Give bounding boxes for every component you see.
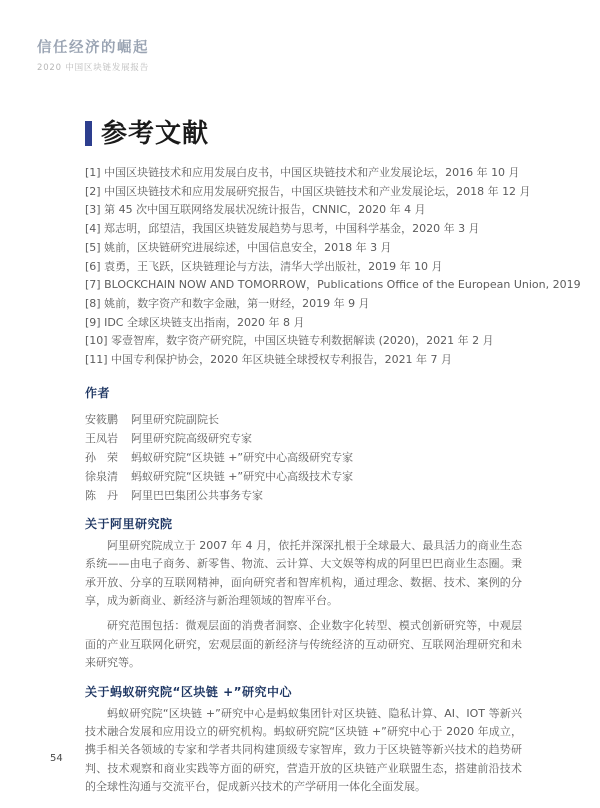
author-title: 蚂蚁研究院“区块链 +”研究中心高级研究专家: [131, 448, 522, 467]
author-list: 安筱鹏 阿里研究院副院长 王凤岩 阿里研究院高级研究专家 孙 荣 蚂蚁研究院“区…: [85, 410, 522, 505]
about-ali-paragraph: 研究范围包括：微观层面的消费者洞察、企业数字化转型、模式创新研究等，中观层面的产…: [85, 617, 522, 672]
report-brand: 信任经济的崛起 2020 中国区块链发展报告: [37, 36, 149, 73]
author-title: 阿里巴巴集团公共事务专家: [131, 486, 522, 505]
section-title-row: 参考文献: [85, 120, 522, 147]
reference-item: [3] 第 45 次中国互联网络发展状况统计报告，CNNIC，2020 年 4 …: [85, 201, 522, 220]
reference-list: [1] 中国区块链技术和应用发展白皮书，中国区块链技术和产业发展论坛，2016 …: [85, 164, 522, 370]
reference-item: [9] IDC 全球区块链支出指南，2020 年 8 月: [85, 314, 522, 333]
author-name: 陈 丹: [85, 486, 131, 505]
brand-title: 信任经济的崛起: [37, 36, 149, 57]
author-row: 安筱鹏 阿里研究院副院长: [85, 410, 522, 429]
reference-item: [2] 中国区块链技术和应用发展研究报告，中国区块链技术和产业发展论坛，2018…: [85, 183, 522, 202]
author-name: 孙 荣: [85, 448, 131, 467]
author-row: 陈 丹 阿里巴巴集团公共事务专家: [85, 486, 522, 505]
about-ali-paragraph: 阿里研究院成立于 2007 年 4 月，依托并深深扎根于全球最大、最具活力的商业…: [85, 537, 522, 611]
author-name: 徐泉清: [85, 467, 131, 486]
reference-item: [4] 郑志明，邱望洁，我国区块链发展趋势与思考，中国科学基金，2020 年 3…: [85, 220, 522, 239]
section-title: 参考文献: [101, 121, 209, 147]
reference-item: [1] 中国区块链技术和应用发展白皮书，中国区块链技术和产业发展论坛，2016 …: [85, 164, 522, 183]
report-page: 信任经济的崛起 2020 中国区块链发展报告 参考文献 [1] 中国区块链技术和…: [0, 0, 600, 808]
author-name: 安筱鹏: [85, 410, 131, 429]
reference-item: [11] 中国专利保护协会，2020 年区块链全球授权专利报告，2021 年 7…: [85, 351, 522, 370]
about-ant-paragraph: 蚂蚁研究院“区块链 +”研究中心是蚂蚁集团针对区块链、隐私计算、AI、IOT 等…: [85, 705, 522, 797]
title-accent-bar: [85, 121, 92, 146]
author-row: 王凤岩 阿里研究院高级研究专家: [85, 429, 522, 448]
about-ali-heading: 关于阿里研究院: [85, 515, 522, 532]
reference-item: [5] 姚前，区块链研究进展综述，中国信息安全，2018 年 3 月: [85, 239, 522, 258]
brand-subtitle: 2020 中国区块链发展报告: [37, 61, 149, 73]
about-ant-heading: 关于蚂蚁研究院“区块链 +”研究中心: [85, 683, 522, 700]
reference-item: [10] 零壹智库，数字资产研究院，中国区块链专利数据解读 (2020)，202…: [85, 332, 522, 351]
reference-item: [8] 姚前，数字资产和数字金融，第一财经，2019 年 9 月: [85, 295, 522, 314]
page-content: 参考文献 [1] 中国区块链技术和应用发展白皮书，中国区块链技术和产业发展论坛，…: [85, 120, 522, 797]
author-title: 阿里研究院副院长: [131, 410, 522, 429]
author-row: 孙 荣 蚂蚁研究院“区块链 +”研究中心高级研究专家: [85, 448, 522, 467]
author-name: 王凤岩: [85, 429, 131, 448]
page-number: 54: [50, 753, 63, 764]
author-title: 阿里研究院高级研究专家: [131, 429, 522, 448]
authors-heading: 作者: [85, 384, 522, 401]
author-row: 徐泉清 蚂蚁研究院“区块链 +”研究中心高级技术专家: [85, 467, 522, 486]
reference-item: [6] 袁勇，王飞跃，区块链理论与方法，清华大学出版社，2019 年 10 月: [85, 258, 522, 277]
reference-item: [7] BLOCKCHAIN NOW AND TOMORROW，Publicat…: [85, 276, 522, 295]
author-title: 蚂蚁研究院“区块链 +”研究中心高级技术专家: [131, 467, 522, 486]
